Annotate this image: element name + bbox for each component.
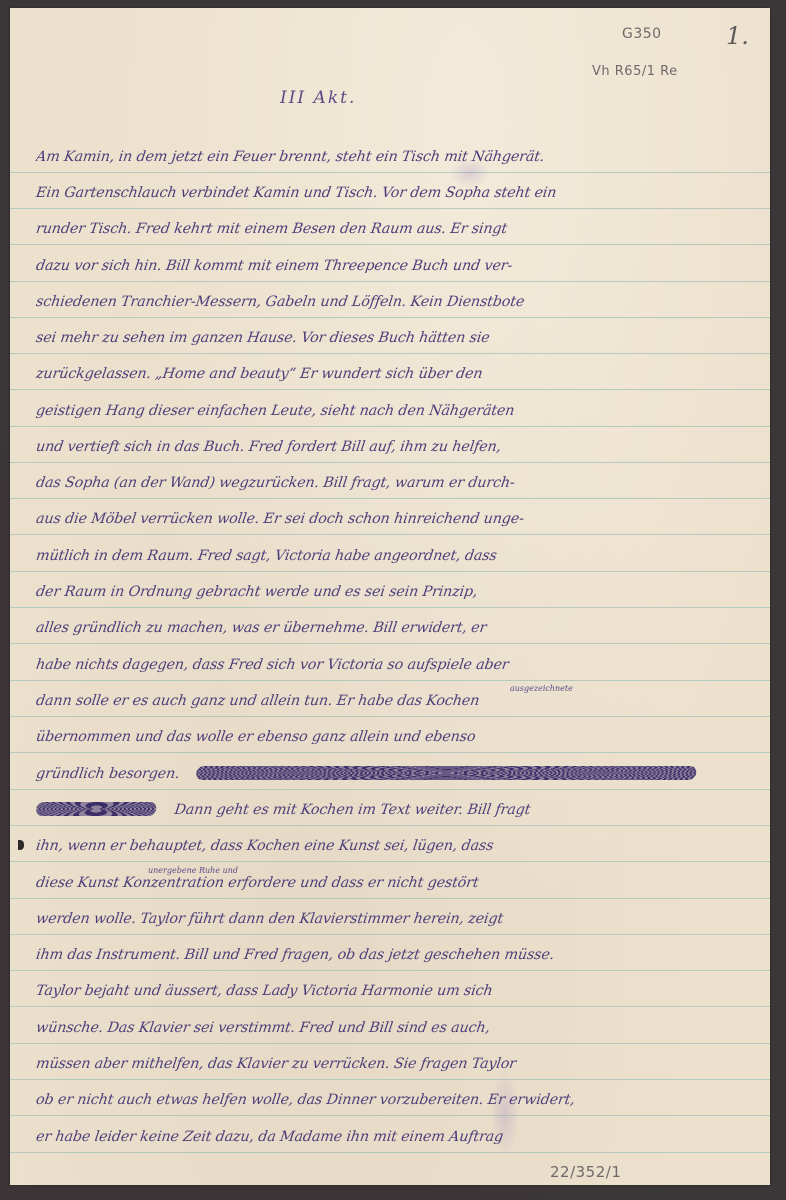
ruled-line [10,498,770,499]
ruled-line [10,643,770,644]
manuscript-line-with-deletion: gründlich besorgen. [34,759,768,789]
manuscript-text: Dann geht es mit Kochen im Text weiter. … [173,802,531,818]
manuscript-line: habe nichts dagegen, dass Fred sich vor … [34,650,768,680]
archive-bottom-code: 22/352/1 [550,1163,621,1181]
ruled-line [10,389,770,390]
ruled-line [10,716,770,717]
manuscript-line: geistigen Hang dieser einfachen Leute, s… [34,396,768,426]
struck-out-scribble [195,766,697,780]
manuscript-line: dann solle er es auch ganz und allein tu… [34,686,768,716]
paper-tear [18,840,24,850]
archive-signature: Vh R65/1 Re [592,64,678,79]
manuscript-line-with-deletion: Dann geht es mit Kochen im Text weiter. … [34,795,768,825]
manuscript-line: ihn, wenn er behauptet, dass Kochen eine… [34,831,768,861]
ruled-line [10,1079,770,1080]
manuscript-line: Am Kamin, in dem jetzt ein Feuer brennt,… [34,142,768,172]
manuscript-line: aus die Möbel verrücken wolle. Er sei do… [34,504,768,534]
ruled-line [10,462,770,463]
ruled-line [10,208,770,209]
scanned-document: G350 1. Vh R65/1 Re 22/352/1 III Akt. Am… [0,0,786,1200]
page-number: 1. [726,22,749,50]
manuscript-line: mütlich in dem Raum. Fred sagt, Victoria… [34,541,768,571]
manuscript-line: dazu vor sich hin. Bill kommt mit einem … [34,251,768,281]
ruled-line [10,934,770,935]
ruled-line [10,426,770,427]
manuscript-line: er habe leider keine Zeit dazu, da Madam… [34,1122,768,1152]
ruled-line [10,317,770,318]
manuscript-line: übernommen und das wolle er ebenso ganz … [34,722,768,752]
act-heading: III Akt. [280,88,356,108]
manuscript-line: diese Kunst Konzentration erfordere und … [34,868,768,898]
ruled-line [10,680,770,681]
manuscript-page: G350 1. Vh R65/1 Re 22/352/1 III Akt. Am… [10,8,770,1185]
manuscript-line: alles gründlich zu machen, was er überne… [34,613,768,643]
ruled-line [10,1043,770,1044]
struck-out-scribble [35,802,157,816]
ruled-line [10,571,770,572]
manuscript-line: der Raum in Ordnung gebracht werde und e… [34,577,768,607]
manuscript-line: wünsche. Das Klavier sei verstimmt. Fred… [34,1013,768,1043]
ruled-line [10,752,770,753]
manuscript-line: ob er nicht auch etwas helfen wolle, das… [34,1085,768,1115]
manuscript-line: das Sopha (an der Wand) wegzurücken. Bil… [34,468,768,498]
manuscript-line: sei mehr zu sehen im ganzen Hause. Vor d… [34,323,768,353]
ruled-line [10,1115,770,1116]
manuscript-line: ihm das Instrument. Bill und Fred fragen… [34,940,768,970]
manuscript-text: gründlich besorgen. [35,766,181,782]
ruled-line [10,898,770,899]
ruled-line [10,861,770,862]
ruled-line [10,789,770,790]
manuscript-line: müssen aber mithelfen, das Klavier zu ve… [34,1049,768,1079]
ruled-line [10,1006,770,1007]
manuscript-line: runder Tisch. Fred kehrt mit einem Besen… [34,214,768,244]
ruled-line [10,244,770,245]
ruled-line [10,353,770,354]
ruled-line [10,970,770,971]
ruled-line [10,1152,770,1153]
manuscript-line: und vertieft sich in das Buch. Fred ford… [34,432,768,462]
manuscript-line: schiedenen Tranchier-Messern, Gabeln und… [34,287,768,317]
manuscript-line: Taylor bejaht und äussert, dass Lady Vic… [34,976,768,1006]
archive-code: G350 [622,26,662,42]
ruled-line [10,534,770,535]
ruled-line [10,607,770,608]
ruled-line [10,825,770,826]
manuscript-line: zurückgelassen. „Home and beauty“ Er wun… [34,359,768,389]
ruled-line [10,281,770,282]
ruled-line [10,172,770,173]
manuscript-line: Ein Gartenschlauch verbindet Kamin und T… [34,178,768,208]
manuscript-line: werden wolle. Taylor führt dann den Klav… [34,904,768,934]
